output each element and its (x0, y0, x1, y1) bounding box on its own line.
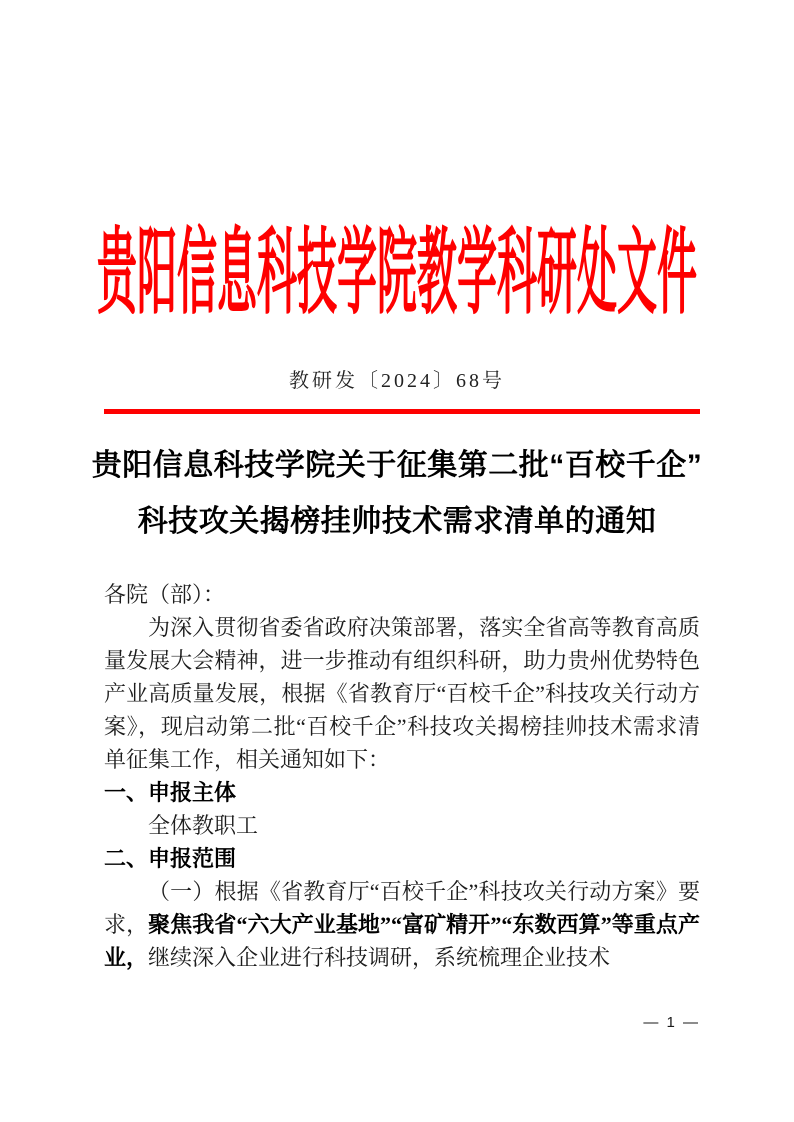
red-divider-line (104, 409, 700, 414)
opening-paragraph: 为深入贯彻省委省政府决策部署，落实全省高等教育高质量发展大会精神，进一步推动有组… (104, 611, 700, 776)
document-title: 贵阳信息科技学院关于征集第二批“百校千企” 科技攻关揭榜挂帅技术需求清单的通知 (0, 438, 794, 550)
document-title-line-1: 贵阳信息科技学院关于征集第二批“百校千企” (0, 438, 794, 494)
page-number: — 1 — (104, 1014, 700, 1031)
section-1-body: 全体教职工 (104, 809, 700, 842)
section-heading-1: 一、申报主体 (104, 776, 700, 809)
section-2-item-1-normal-end: 继续深入企业进行科技调研，系统梳理企业技术 (148, 945, 610, 970)
salutation: 各院（部）： (104, 578, 700, 611)
masthead-title: 贵阳信息科技学院教学科研处文件 (0, 222, 794, 325)
document-title-line-2: 科技攻关揭榜挂帅技术需求清单的通知 (0, 494, 794, 550)
document-page: 贵阳信息科技学院教学科研处文件 教研发〔2024〕68号 贵阳信息科技学院关于征… (0, 0, 794, 1122)
section-2-item-1: （一）根据《省教育厅“百校千企”科技攻关行动方案》要求，聚焦我省“六大产业基地”… (104, 875, 700, 974)
document-body: 各院（部）： 为深入贯彻省委省政府决策部署，落实全省高等教育高质量发展大会精神，… (104, 578, 700, 974)
document-number: 教研发〔2024〕68号 (0, 364, 794, 393)
section-heading-2: 二、申报范围 (104, 842, 700, 875)
